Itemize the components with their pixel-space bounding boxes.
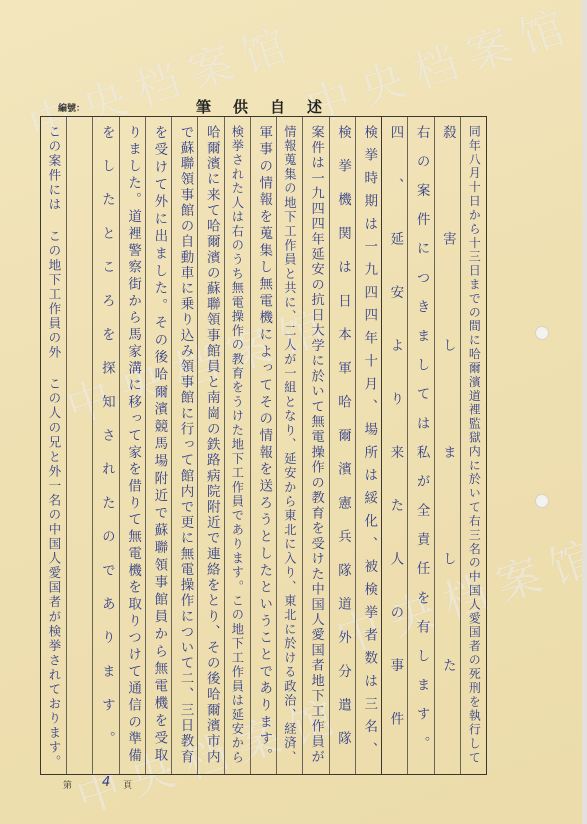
text-column <box>66 117 92 774</box>
serial-number-label: 編號： <box>58 101 85 114</box>
document-title: 筆供自述 <box>196 96 344 117</box>
column-text: 右の案件につきましては私が全責任を有します。 <box>414 125 428 765</box>
column-text: 情報蒐集の地下工作員と共に、二人が一組となり、延安から東北に入り、東北に於ける政… <box>284 125 296 765</box>
column-text: 哈爾濱に来て哈爾濱の蘇聯領事館員と南崗の鉄路病院附近で連絡をとり、その後哈爾濱市… <box>204 125 218 765</box>
manuscript-grid: 同年八月十日から十三日までの間に哈爾濱道裡監獄内に於いて右三名の中国人愛国者の死… <box>40 116 487 775</box>
column-text: 四、延安より来た人の事件 <box>388 125 402 765</box>
text-column: 情報蒐集の地下工作員と共に、二人が一組となり、延安から東北に入り、東北に於ける政… <box>276 117 302 774</box>
text-column: 検挙された人は右のうち無電操作の教育をうけた地下工作員であります。この地下工作員… <box>224 117 250 774</box>
punch-hole <box>535 494 549 508</box>
column-text: りました。道裡警察街から馬家溝に移って家を借りて無電機を取りつけて通信の準備 <box>126 125 140 765</box>
punch-hole <box>535 326 549 340</box>
page-suffix: 頁 <box>123 778 132 791</box>
column-text: を受けて外に出ました。その後哈爾濱競馬場附近で蘇聯領事館員から無電機を受取 <box>152 125 166 765</box>
column-text: この案件には この地下工作員の外 この人の兄と外一名の中国人愛国者が検挙されてお… <box>47 125 60 770</box>
column-text: 軍事の情報を蒐集し無電機によってその情報を送ろうとしたということであります。 <box>257 125 271 765</box>
text-column: 四、延安より来た人の事件 <box>381 117 407 774</box>
text-column: 軍事の情報を蒐集し無電機によってその情報を送ろうとしたということであります。 <box>250 117 276 774</box>
column-text: 殺害しました <box>440 125 454 765</box>
text-column: を受けて外に出ました。その後哈爾濱競馬場附近で蘇聯領事館員から無電機を受取 <box>145 117 171 774</box>
text-column: 同年八月十日から十三日までの間に哈爾濱道裡監獄内に於いて右三名の中国人愛国者の死… <box>460 117 486 774</box>
column-text: 検挙時期は一九四四年十月、場所は綏化、被検挙者数は三名、 <box>362 125 376 765</box>
text-column: 殺害しました <box>434 117 460 774</box>
text-column: 検挙機関は日本軍哈爾濱憲兵隊道外分遣隊 <box>329 117 355 774</box>
column-text: 検挙された人は右のうち無電操作の教育をうけた地下工作員であります。この地下工作員… <box>231 125 243 765</box>
text-column: 哈爾濱に来て哈爾濱の蘇聯領事館員と南崗の鉄路病院附近で連絡をとり、その後哈爾濱市… <box>197 117 223 774</box>
text-column: 案件は一九四四年延安の抗日大学に於いて無電操作の教育を受けた中国人愛国者地下工作… <box>302 117 328 774</box>
text-column: この案件には この地下工作員の外 この人の兄と外一名の中国人愛国者が検挙されてお… <box>41 117 66 774</box>
column-text: をしたところを探知されたのであります。 <box>99 125 113 765</box>
text-column: 検挙時期は一九四四年十月、場所は綏化、被検挙者数は三名、 <box>355 117 381 774</box>
text-column: りました。道裡警察街から馬家溝に移って家を借りて無電機を取りつけて通信の準備 <box>119 117 145 774</box>
column-text: で蘇聯領事館の自動車に乗り込み領事館に行って館内で更に無電操作について二、三日教… <box>178 125 192 765</box>
text-column: 右の案件につきましては私が全責任を有します。 <box>407 117 433 774</box>
page-prefix: 第 <box>63 778 72 791</box>
text-column: で蘇聯領事館の自動車に乗り込み領事館に行って館内で更に無電操作について二、三日教… <box>171 117 197 774</box>
column-text: 案件は一九四四年延安の抗日大学に於いて無電操作の教育を受けた中国人愛国者地下工作… <box>309 125 322 765</box>
document-page: 中央档案馆 中央档案馆 中央档案馆 中央档案馆 中央档案馆 編號： 筆供自述 同… <box>0 0 587 824</box>
column-text: 検挙機関は日本軍哈爾濱憲兵隊道外分遣隊 <box>335 125 349 765</box>
column-text: 同年八月十日から十三日までの間に哈爾濱道裡監獄内に於いて右三名の中国人愛国者の死… <box>467 125 479 765</box>
text-column: をしたところを探知されたのであります。 <box>92 117 118 774</box>
page-number: 4 <box>102 775 110 790</box>
